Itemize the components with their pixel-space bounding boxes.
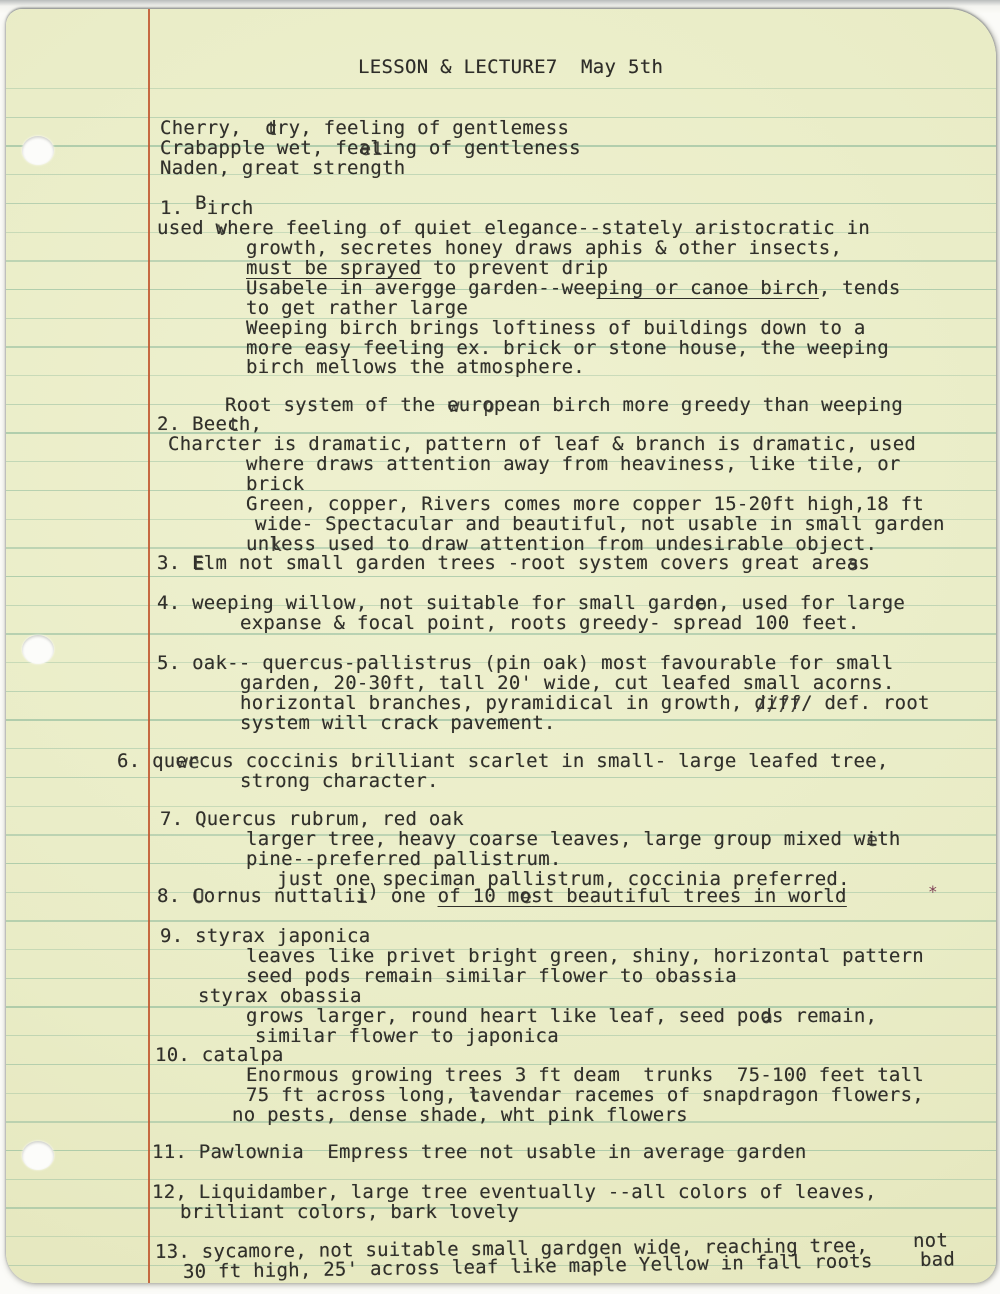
- typed-line: garden, 20-30ft, tall 20' wide, cut leaf…: [240, 673, 895, 693]
- typed-line: 4. weeping willow, not suitable for smal…: [157, 593, 905, 613]
- overstruck-text: w: [215, 218, 227, 238]
- overstruck-text: C: [192, 886, 204, 906]
- typed-line: pine--preferred pallistrum.: [246, 849, 562, 869]
- typed-line: Usabele in avergge garden--weeping or ca…: [246, 278, 901, 298]
- overstruck-text: o: [519, 886, 531, 906]
- typed-line: similar flower to japonica: [255, 1026, 559, 1046]
- typed-segment: B: [195, 192, 207, 214]
- underlined-text: ping or canoe birch: [597, 277, 819, 299]
- overstruck-text: d: [760, 1006, 772, 1026]
- underlined-text: st beautiful trees in world: [531, 885, 847, 907]
- typed-line: 6. quercus coccinis brilliant scarlet in…: [117, 751, 889, 771]
- overstruck-text: c: [227, 414, 239, 434]
- typed-line: horizontal branches, pyramidical in grow…: [240, 693, 930, 713]
- typed-line: strong character.: [240, 771, 439, 791]
- overstruck-text: i: [866, 829, 878, 849]
- overstruck-text: d: [754, 693, 766, 713]
- overstruck-text: l: [468, 1085, 480, 1105]
- typed-line: Green, copper, Rivers comes more copper …: [246, 494, 924, 514]
- hole-punch: [22, 635, 54, 664]
- underlined-text: must be sprayed: [246, 257, 421, 279]
- typed-line: larger tree, heavy coarse leaves, large …: [246, 829, 901, 849]
- annotation-mark: *: [928, 882, 938, 901]
- typed-line: more easy feeling ex. brick or stone hou…: [246, 338, 889, 358]
- typed-line: brick: [246, 474, 304, 494]
- notebook-paper: LESSON & LECTURE7 May 5th Cherry, dry, f…: [6, 9, 996, 1283]
- typed-line: Cherry, dry, feeling of gentlemess: [160, 118, 569, 138]
- overstruck-text: e: [695, 593, 707, 613]
- typed-line: seed pods remain similar flower to obass…: [246, 966, 737, 986]
- typed-line: where draws attention away from heavines…: [246, 454, 901, 474]
- overstruck-text: f: [789, 693, 801, 713]
- underlined-text: of 10 m: [438, 885, 520, 907]
- ruled-line: [6, 777, 996, 778]
- hole-punch: [22, 1141, 54, 1170]
- overstruck-text: i: [356, 886, 368, 906]
- ruled-line: [6, 88, 996, 89]
- typed-line: grows larger, round heart like leaf, see…: [246, 1006, 877, 1026]
- page-title: LESSON & LECTURE7 May 5th: [358, 56, 663, 78]
- typed-line: Root system of the european birch more g…: [225, 395, 903, 415]
- ruled-line: [6, 920, 996, 921]
- overstruck-text: a: [359, 138, 371, 158]
- overstruck-text: d: [265, 118, 277, 138]
- typed-line: birch mellows the atmosphere.: [246, 357, 585, 377]
- ruled-line: [6, 490, 996, 491]
- typed-line: system will crack pavement.: [240, 713, 556, 733]
- typed-line: bad: [920, 1249, 955, 1270]
- ruled-line: [6, 174, 996, 175]
- typed-line: used where feeling of quiet elegance--st…: [157, 218, 870, 238]
- typed-line: Enormous growing trees 3 ft deam trunks …: [246, 1065, 924, 1085]
- typed-line: brilliant colors, bark lovely: [180, 1202, 519, 1222]
- typed-line: no pests, dense shade, wht pink flowers: [232, 1105, 688, 1125]
- overstruck-text: e: [175, 751, 187, 771]
- typed-line: 9. styrax japonica: [160, 926, 370, 946]
- typed-line: 5. oak-- quercus-pallistrus (pin oak) mo…: [157, 653, 893, 673]
- typed-line: 1. Birch: [160, 198, 254, 218]
- overstruck-text: o: [482, 395, 494, 415]
- typed-line: Naden, great strength: [160, 158, 405, 178]
- typed-line: Weeping birch brings loftiness of buildi…: [246, 318, 866, 338]
- overstruck-text: f: [778, 693, 790, 713]
- overstruck-text: E: [192, 553, 204, 573]
- ruled-line: [6, 576, 996, 577]
- ruled-line: [6, 806, 996, 807]
- typed-line: unless used to draw attention from undes…: [246, 534, 877, 554]
- typed-segment: ): [367, 880, 379, 902]
- typed-line: to get rather large: [246, 298, 468, 318]
- typed-line: growth, secretes honey draws aphis & oth…: [246, 238, 842, 258]
- overstruck-text: a: [847, 553, 859, 573]
- typed-line: 10. catalpa: [155, 1045, 284, 1065]
- typed-line: 2. Beech,: [157, 414, 262, 434]
- overstruck-text: i: [766, 693, 778, 713]
- typed-line: 12, Liquidamber, large tree eventually -…: [152, 1182, 877, 1202]
- overstruck-text: l: [269, 534, 281, 554]
- overstruck-text: e: [447, 395, 459, 415]
- typed-line: must be sprayed to prevent drip: [246, 258, 608, 278]
- typed-line: 8. Cornus nuttalii) one of 10 most beaut…: [157, 886, 847, 906]
- typed-line: expanse & focal point, roots greedy- spr…: [240, 613, 860, 633]
- overstruck-text: r: [187, 751, 199, 771]
- typed-line: styrax obassia: [198, 986, 362, 1006]
- typed-line: Charcter is dramatic, pattern of leaf & …: [168, 434, 916, 454]
- typed-line: wide- Spectacular and beautiful, not usa…: [255, 514, 945, 534]
- ruled-line: [6, 203, 996, 204]
- typed-line: 7. Quercus rubrum, red oak: [160, 809, 464, 829]
- typed-line: 75 ft across long, lavendar racemes of s…: [246, 1085, 924, 1105]
- ruled-line: [6, 1179, 996, 1180]
- overstruck-text: l: [370, 138, 382, 158]
- margin-line: [148, 9, 150, 1283]
- typed-line: 3. Elm not small garden trees -root syst…: [157, 553, 870, 573]
- typed-line: 11. Pawlownia Empress tree not usable in…: [152, 1142, 807, 1162]
- scanned-notebook-page: { "document": { "title": { "text": "LESS…: [0, 0, 1000, 1294]
- typed-line: leaves like privet bright green, shiny, …: [246, 946, 924, 966]
- typed-line: Crabapple wet, fealing of gentleness: [160, 138, 581, 158]
- hole-punch: [22, 136, 54, 165]
